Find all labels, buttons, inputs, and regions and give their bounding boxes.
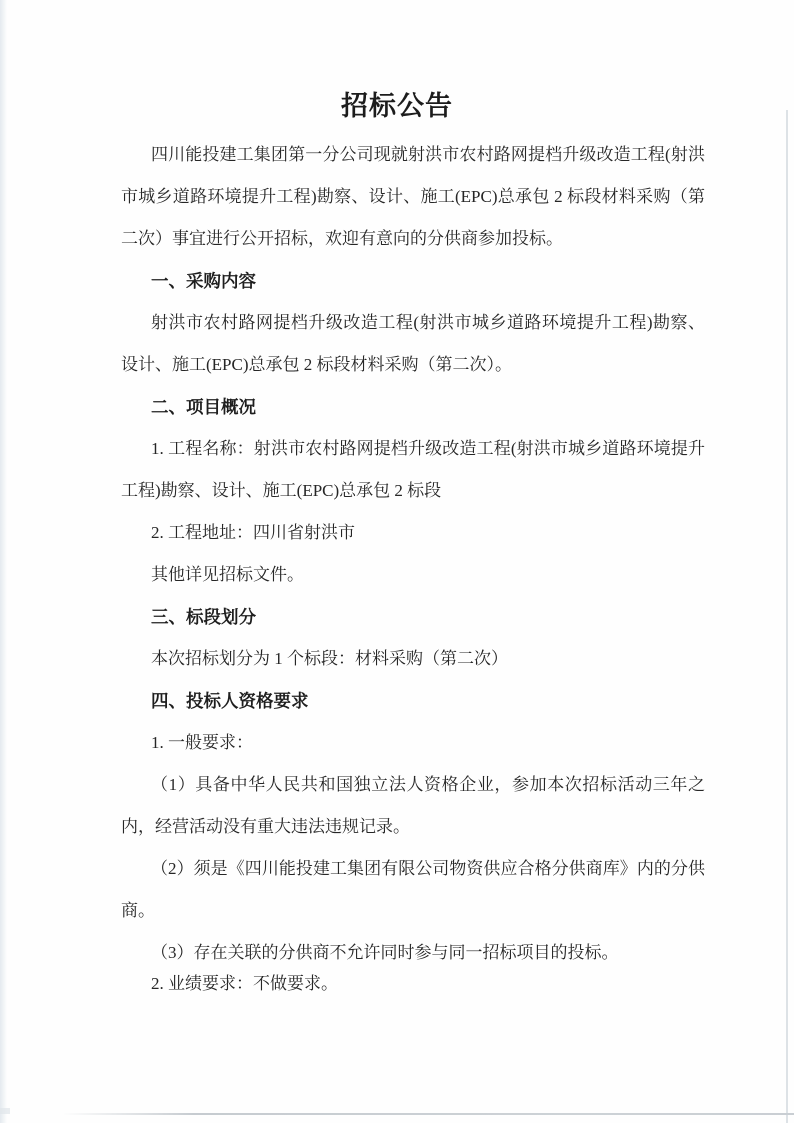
paragraph-general-requirement-1: （1）具备中华人民共和国独立法人资格企业，参加本次招标活动三年之内，经营活动没有… <box>121 764 705 848</box>
paragraph-general-requirement-2: （2）须是《四川能投建工集团有限公司物资供应合格分供商库》内的分供商。 <box>121 848 705 932</box>
scan-artifact-bottom-line <box>62 1113 794 1115</box>
heading-section-2-project-overview: 二、项目概况 <box>121 386 705 428</box>
scanned-document-page: 招标公告 四川能投建工集团第一分公司现就射洪市农村路网提档升级改造工程(射洪市城… <box>0 0 794 1123</box>
document-title: 招标公告 <box>0 84 794 128</box>
paragraph-project-address: 2. 工程地址：四川省射洪市 <box>121 512 705 554</box>
paragraph-procurement-content: 射洪市农村路网提档升级改造工程(射洪市城乡道路环境提升工程)勘察、设计、施工(E… <box>121 302 705 386</box>
document-body: 四川能投建工集团第一分公司现就射洪市农村路网提档升级改造工程(射洪市城乡道路环境… <box>121 134 705 1005</box>
scan-artifact-left-edge <box>0 0 7 1123</box>
scan-artifact-right-edge <box>786 110 788 1123</box>
paragraph-intro: 四川能投建工集团第一分公司现就射洪市农村路网提档升级改造工程(射洪市城乡道路环境… <box>121 134 705 260</box>
paragraph-bid-lots: 本次招标划分为 1 个标段：材料采购（第二次） <box>121 638 705 680</box>
scan-artifact-bottom-left-mark <box>0 1108 10 1114</box>
paragraph-other-details: 其他详见招标文件。 <box>121 554 705 596</box>
heading-section-1-procurement-content: 一、采购内容 <box>121 260 705 302</box>
paragraph-project-name: 1. 工程名称：射洪市农村路网提档升级改造工程(射洪市城乡道路环境提升工程)勘察… <box>121 428 705 512</box>
heading-section-3-bid-lots: 三、标段划分 <box>121 596 705 638</box>
heading-section-4-bidder-qualifications: 四、投标人资格要求 <box>121 680 705 722</box>
paragraph-general-requirements-label: 1. 一般要求： <box>121 722 705 764</box>
